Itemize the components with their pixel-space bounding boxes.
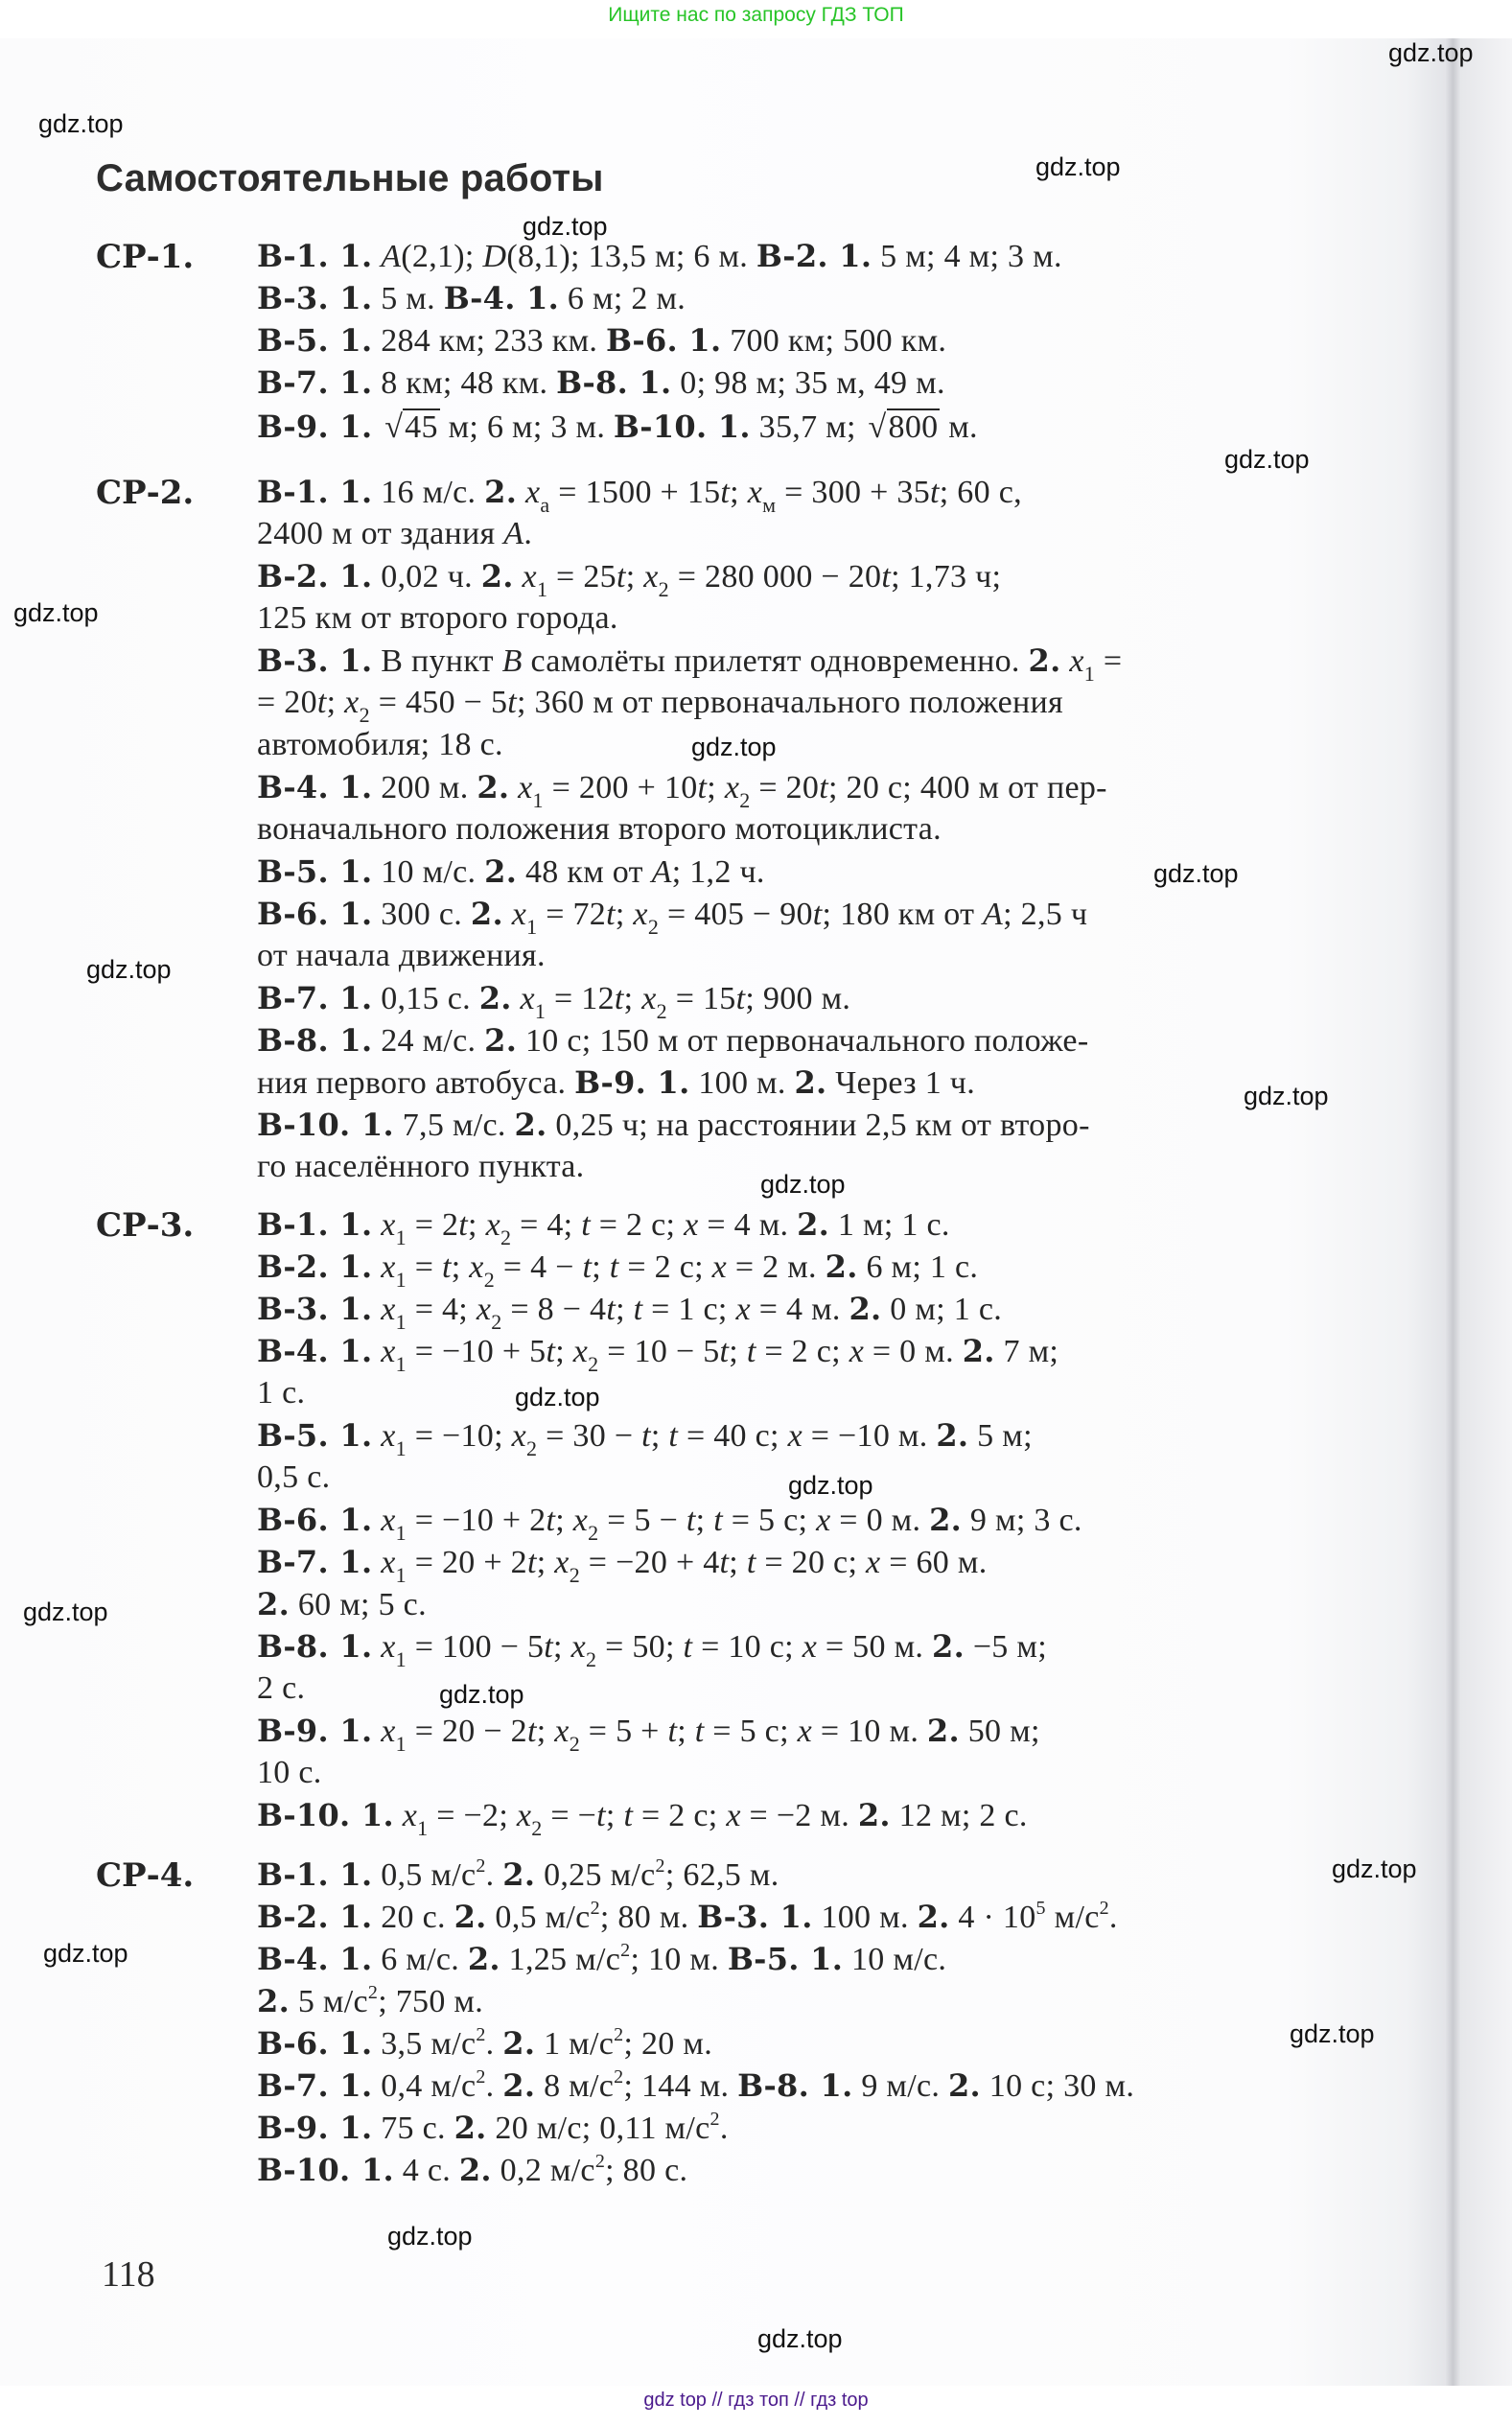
answer-text: = 300 + 35 bbox=[776, 475, 930, 510]
subscript: 1 bbox=[537, 577, 547, 601]
answer-text: = 450 − 5 bbox=[370, 685, 507, 720]
math-variable: x bbox=[477, 1292, 491, 1327]
item-marker: 2. bbox=[479, 980, 512, 1016]
answer-line: В-4. 1. x1 = −10 + 5t; x2 = 10 − 5t; t =… bbox=[257, 1333, 1058, 1370]
watermark-text: gdz.top bbox=[757, 2324, 843, 2354]
answer-text: = 5 + bbox=[580, 1714, 667, 1749]
answer-text: = 2 с; bbox=[633, 1798, 726, 1833]
answer-text: = bbox=[407, 1249, 442, 1285]
answer-text: = 1 с; bbox=[642, 1292, 735, 1327]
math-variable: x bbox=[381, 1503, 395, 1538]
answer-text: 6 м/с. bbox=[372, 1942, 467, 1977]
math-variable: x bbox=[725, 770, 739, 805]
answer-line: В-5. 1. 284 км; 233 км. В-6. 1. 700 км; … bbox=[257, 322, 946, 360]
item-marker: В-10. 1. bbox=[257, 1107, 394, 1143]
answer-text: 0,5 м/с bbox=[487, 1900, 591, 1935]
answer-line: от начала движения. bbox=[257, 938, 546, 974]
answer-text: ; 10 м. bbox=[630, 1942, 727, 1977]
answer-text: = 5 − bbox=[598, 1503, 686, 1538]
answer-text: 60 м; 5 с. bbox=[290, 1587, 427, 1622]
answer-text: 6 м; 1 с. bbox=[858, 1249, 979, 1285]
answer-text: ; bbox=[729, 1545, 747, 1580]
subscript: 1 bbox=[396, 1732, 407, 1756]
math-variable: x bbox=[381, 1292, 395, 1327]
answer-text: = 25 bbox=[547, 559, 616, 595]
answer-text: 1 с. bbox=[257, 1375, 305, 1411]
answer-line: В-9. 1. 75 с. 2. 20 м/с; 0,11 м/с2. bbox=[257, 2110, 729, 2147]
math-variable: A bbox=[652, 854, 672, 890]
answer-text: = −10 м. bbox=[803, 1418, 936, 1454]
math-variable: t bbox=[544, 1629, 553, 1665]
answer-text: ; 360 м от первоначального положения bbox=[517, 685, 1063, 720]
answer-text: ; bbox=[730, 475, 748, 510]
answer-text: ; bbox=[707, 770, 725, 805]
watermark-text: gdz.top bbox=[1035, 152, 1121, 182]
answer-text: = 0 м. bbox=[831, 1503, 930, 1538]
answer-text: 5 м. bbox=[372, 281, 443, 316]
subscript: 2 bbox=[570, 1732, 580, 1756]
item-marker: 2. bbox=[932, 1628, 965, 1665]
answer-text: ; 80 м. bbox=[600, 1900, 697, 1935]
superscript: 2 bbox=[591, 1898, 600, 1919]
item-marker: 2. bbox=[477, 769, 509, 805]
item-marker: В-7. 1. bbox=[257, 980, 372, 1016]
answer-text: = 100 − 5 bbox=[407, 1629, 544, 1665]
math-variable: t bbox=[610, 1249, 619, 1285]
answer-text: ; 20 с; 400 м от пер- bbox=[828, 770, 1107, 805]
answer-text: = 50 м. bbox=[817, 1629, 932, 1665]
item-marker: 2. bbox=[849, 1291, 881, 1327]
item-marker: В-3. 1. bbox=[697, 1899, 812, 1935]
math-variable: A bbox=[381, 239, 401, 274]
item-marker: 2. bbox=[963, 1333, 995, 1369]
answer-text: = 40 с; bbox=[678, 1418, 787, 1454]
item-marker: 2. bbox=[797, 1206, 829, 1243]
answer-text: 16 м/с. bbox=[372, 475, 484, 510]
answer-text: 10 м/с. bbox=[843, 1942, 946, 1977]
answer-text: = −2 м. bbox=[741, 1798, 858, 1833]
answer-text: 100 м. bbox=[690, 1065, 795, 1101]
superscript: 2 bbox=[1100, 1898, 1109, 1919]
watermark-text: gdz.top bbox=[43, 1939, 128, 1969]
math-variable: x bbox=[554, 1714, 569, 1749]
answer-text: В пункт bbox=[372, 643, 501, 679]
answer-text: 700 км; 500 км. bbox=[721, 323, 946, 359]
math-variable: x bbox=[866, 1545, 880, 1580]
answer-line: В-3. 1. x1 = 4; x2 = 8 − 4t; t = 1 с; x … bbox=[257, 1291, 1002, 1328]
subscript: 2 bbox=[531, 1816, 542, 1840]
answer-text bbox=[372, 1418, 381, 1454]
superscript: 5 bbox=[1036, 1898, 1046, 1919]
item-marker: В-2. 1. bbox=[756, 238, 872, 274]
answer-line: В-4. 1. 200 м. 2. x1 = 200 + 10t; x2 = 2… bbox=[257, 769, 1107, 806]
subscript: 1 bbox=[396, 1310, 407, 1334]
superscript: 2 bbox=[476, 2024, 485, 2045]
answer-text: ; bbox=[452, 1249, 470, 1285]
answer-text: 10 с; 30 м. bbox=[981, 2068, 1134, 2104]
subscript: 2 bbox=[484, 1268, 495, 1292]
item-marker: В-5. 1. bbox=[257, 1417, 372, 1454]
math-variable: t bbox=[546, 1334, 555, 1369]
answer-text: ; 62,5 м. bbox=[665, 1857, 779, 1893]
answer-text: 6 м; 2 м. bbox=[559, 281, 686, 316]
item-marker: В-8. 1. bbox=[257, 1628, 372, 1665]
math-variable: t bbox=[581, 1207, 591, 1243]
answer-line: В-1. 1. x1 = 2t; x2 = 4; t = 2 с; x = 4 … bbox=[257, 1206, 950, 1244]
math-variable: t bbox=[606, 1292, 616, 1327]
subscript: 2 bbox=[648, 915, 659, 939]
answer-text: = −10 + 2 bbox=[407, 1503, 547, 1538]
answer-text bbox=[512, 981, 521, 1016]
answer-text: = 5 с; bbox=[705, 1714, 798, 1749]
answer-text: 0,4 м/с bbox=[372, 2068, 476, 2104]
answer-text: = 2 м. bbox=[727, 1249, 826, 1285]
watermark-text: gdz.top bbox=[691, 733, 777, 762]
answer-text: = 5 с; bbox=[723, 1503, 816, 1538]
answer-text bbox=[372, 409, 381, 445]
answer-text: 1,25 м/с bbox=[500, 1942, 620, 1977]
answer-text: = 10 с; bbox=[692, 1629, 802, 1665]
watermark-text: gdz.top bbox=[439, 1680, 524, 1710]
math-variable: t bbox=[695, 1714, 705, 1749]
answer-text: = −2; bbox=[428, 1798, 516, 1833]
math-variable: t bbox=[720, 1334, 730, 1369]
square-root: √45 bbox=[381, 408, 440, 446]
answer-text: 12 м; 2 с. bbox=[891, 1798, 1028, 1833]
subscript: 2 bbox=[659, 577, 669, 601]
answer-text: = 12 bbox=[546, 981, 615, 1016]
answer-text: ; bbox=[677, 1714, 695, 1749]
answer-text: 7,5 м/с. bbox=[394, 1108, 515, 1143]
math-variable: x bbox=[486, 1207, 500, 1243]
watermark-text: gdz.top bbox=[387, 2222, 473, 2251]
subscript: 2 bbox=[360, 703, 370, 727]
item-marker: В-10. 1. bbox=[614, 408, 751, 445]
answer-text: ; bbox=[606, 1798, 624, 1833]
subscript: 2 bbox=[500, 1225, 511, 1249]
answer-text: ; 180 км от bbox=[823, 897, 984, 932]
math-variable: x bbox=[381, 1207, 395, 1243]
answer-text bbox=[372, 1334, 381, 1369]
watermark-text: gdz.top bbox=[1388, 38, 1474, 68]
math-variable: t bbox=[623, 1798, 633, 1833]
answer-line: В-5. 1. x1 = −10; x2 = 30 − t; t = 40 с;… bbox=[257, 1417, 1033, 1455]
answer-text: 50 м; bbox=[960, 1714, 1040, 1749]
answer-text: ; bbox=[553, 1629, 571, 1665]
answer-line: В-1. 1. 0,5 м/с2. 2. 0,25 м/с2; 62,5 м. bbox=[257, 1856, 779, 1894]
answer-text bbox=[372, 1629, 381, 1665]
math-variable: x bbox=[381, 1334, 395, 1369]
math-variable: x bbox=[469, 1249, 483, 1285]
math-variable: A bbox=[983, 897, 1003, 932]
math-variable: x bbox=[518, 770, 532, 805]
answer-text: = 2 с; bbox=[619, 1249, 712, 1285]
item-marker: В-2. 1. bbox=[257, 1248, 372, 1285]
item-marker: В-9. 1. bbox=[574, 1064, 689, 1101]
answer-text: = 20 с; bbox=[756, 1545, 866, 1580]
math-variable: t bbox=[615, 981, 624, 1016]
answer-text: = 1500 + 15 bbox=[549, 475, 720, 510]
answer-text: ; bbox=[592, 1249, 610, 1285]
answer-text bbox=[372, 1292, 381, 1327]
answer-text: −5 м; bbox=[965, 1629, 1047, 1665]
answer-text: 24 м/с. bbox=[372, 1023, 484, 1059]
item-marker: В-9. 1. bbox=[257, 2110, 372, 2146]
item-marker: 2. bbox=[1029, 642, 1061, 679]
answer-text: ; 2,5 ч bbox=[1003, 897, 1087, 932]
answer-text: ; 80 с. bbox=[605, 2153, 687, 2188]
answer-line: В-8. 1. 24 м/с. 2. 10 с; 150 м от первон… bbox=[257, 1022, 1088, 1060]
math-variable: t bbox=[686, 1503, 696, 1538]
item-marker: В-4. 1. bbox=[257, 769, 372, 805]
answer-text: 125 км от второго города. bbox=[257, 600, 618, 636]
math-variable: t bbox=[684, 1629, 693, 1665]
answer-text: ; bbox=[555, 1503, 573, 1538]
answer-text: . bbox=[523, 516, 532, 551]
answer-text: самолёты прилетят одновременно. bbox=[523, 643, 1029, 679]
item-marker: 2. bbox=[454, 1899, 487, 1935]
math-variable: x bbox=[748, 475, 762, 510]
answer-text: 48 км от bbox=[517, 854, 651, 890]
answer-text: ; bbox=[555, 1334, 573, 1369]
answer-text: 0,25 м/с bbox=[535, 1857, 655, 1893]
item-marker: В-6. 1. bbox=[257, 1502, 372, 1538]
answer-text bbox=[509, 770, 518, 805]
answer-text bbox=[503, 897, 512, 932]
answer-line: В-9. 1. √45 м; 6 м; 3 м. В-10. 1. 35,7 м… bbox=[257, 408, 978, 446]
math-variable: x bbox=[403, 1798, 417, 1833]
math-variable: x bbox=[798, 1714, 812, 1749]
answer-text: ; 750 м. bbox=[378, 1984, 483, 2019]
item-marker: В-1. 1. bbox=[257, 474, 372, 510]
answer-text: ; 60 с, bbox=[940, 475, 1022, 510]
math-variable: t bbox=[930, 475, 940, 510]
math-variable: x bbox=[344, 685, 359, 720]
answer-line: 0,5 с. bbox=[257, 1459, 330, 1496]
answer-line: 2 с. bbox=[257, 1670, 305, 1707]
item-marker: В-10. 1. bbox=[257, 2152, 394, 2188]
answer-text: 8 м/с bbox=[535, 2068, 614, 2104]
answer-text: . bbox=[486, 1857, 503, 1893]
answer-line: В-1. 1. A(2,1); D(8,1); 13,5 м; 6 м. В-2… bbox=[257, 238, 1062, 275]
answer-text: ; bbox=[327, 685, 345, 720]
answer-text: . bbox=[486, 2026, 503, 2062]
answer-text: от начала движения. bbox=[257, 938, 546, 973]
answer-text: 300 с. bbox=[372, 897, 471, 932]
math-variable: t bbox=[720, 1545, 730, 1580]
answer-text: = 10 м. bbox=[812, 1714, 927, 1749]
section-label: СР-4. bbox=[96, 1856, 194, 1895]
answer-line: автомобиля; 18 с. bbox=[257, 727, 503, 763]
answer-line: В-8. 1. x1 = 100 − 5t; x2 = 50; t = 10 с… bbox=[257, 1628, 1047, 1666]
item-marker: В-9. 1. bbox=[257, 408, 372, 445]
answer-text: ; bbox=[651, 1418, 669, 1454]
subscript: 2 bbox=[491, 1310, 501, 1334]
item-marker: В-4. 1. bbox=[444, 280, 559, 316]
math-variable: t bbox=[747, 1334, 756, 1369]
watermark-text: gdz.top bbox=[788, 1471, 873, 1501]
answer-line: воначального положения второго мотоцикли… bbox=[257, 811, 942, 848]
item-marker: 2. bbox=[502, 2067, 535, 2104]
math-variable: t bbox=[641, 1418, 651, 1454]
item-marker: В-8. 1. bbox=[556, 364, 671, 401]
item-marker: В-6. 1. bbox=[606, 322, 721, 359]
math-variable: t bbox=[442, 1249, 452, 1285]
answer-text: м; 6 м; 3 м. bbox=[440, 409, 614, 445]
answer-text: 200 м. bbox=[372, 770, 477, 805]
subscript: 2 bbox=[526, 1436, 537, 1460]
math-variable: t bbox=[616, 559, 626, 595]
item-marker: 2. bbox=[918, 1899, 950, 1935]
answer-text: . bbox=[486, 2068, 503, 2104]
answer-text: = 2 bbox=[407, 1207, 458, 1243]
answer-line: 2. 60 м; 5 с. bbox=[257, 1586, 427, 1623]
math-variable: x bbox=[381, 1545, 395, 1580]
math-variable: t bbox=[546, 1503, 555, 1538]
item-marker: В-5. 1. bbox=[257, 322, 372, 359]
math-variable: x bbox=[712, 1249, 727, 1285]
item-marker: 2. bbox=[929, 1502, 962, 1538]
item-marker: 2. bbox=[481, 558, 514, 595]
answer-text: 20 с. bbox=[372, 1900, 454, 1935]
answer-text: 284 км; 233 км. bbox=[372, 323, 606, 359]
answer-line: В-6. 1. x1 = −10 + 2t; x2 = 5 − t; t = 5… bbox=[257, 1502, 1082, 1539]
answer-text: 3,5 м/с bbox=[372, 2026, 476, 2062]
answer-text: ; bbox=[616, 1292, 634, 1327]
subscript: 2 bbox=[570, 1563, 580, 1587]
subscript: 1 bbox=[396, 1563, 407, 1587]
answer-text: 5 м; bbox=[968, 1418, 1032, 1454]
answer-text: = 20 − 2 bbox=[407, 1714, 527, 1749]
answer-text: го населённого пункта. bbox=[257, 1149, 584, 1184]
answer-text: 9 м; 3 с. bbox=[962, 1503, 1082, 1538]
square-root: √800 bbox=[865, 408, 941, 446]
item-marker: В-3. 1. bbox=[257, 280, 372, 316]
answer-text: Через 1 ч. bbox=[826, 1065, 975, 1101]
answer-text: 75 с. bbox=[372, 2111, 454, 2146]
answer-text bbox=[394, 1798, 403, 1833]
answer-line: В-7. 1. 0,15 с. 2. x1 = 12t; x2 = 15t; 9… bbox=[257, 980, 850, 1017]
answer-text: = 280 000 − 20 bbox=[669, 559, 881, 595]
answer-text: = 60 м. bbox=[880, 1545, 987, 1580]
math-variable: t bbox=[606, 897, 616, 932]
math-variable: t bbox=[507, 685, 517, 720]
math-variable: x bbox=[788, 1418, 803, 1454]
math-variable: A bbox=[503, 516, 523, 551]
superscript: 2 bbox=[656, 1855, 665, 1877]
math-variable: x bbox=[726, 1798, 740, 1833]
answer-text: 2400 м от здания bbox=[257, 516, 503, 551]
math-variable: t bbox=[813, 897, 823, 932]
subscript: 2 bbox=[588, 1352, 598, 1376]
item-marker: 2. bbox=[484, 1022, 517, 1059]
math-variable: x bbox=[381, 1418, 395, 1454]
answer-text: = − bbox=[543, 1798, 597, 1833]
section-label: СР-2. bbox=[96, 474, 194, 512]
item-marker: В-10. 1. bbox=[257, 1797, 394, 1833]
answer-text: 10 с; 150 м от первоначального положе- bbox=[517, 1023, 1088, 1059]
answer-text: автомобиля; 18 с. bbox=[257, 727, 503, 762]
math-variable: x bbox=[643, 559, 658, 595]
answer-text: ; 900 м. bbox=[745, 981, 850, 1016]
math-variable: t bbox=[720, 475, 730, 510]
item-marker: 2. bbox=[502, 2025, 535, 2062]
watermark-text: gdz.top bbox=[1153, 859, 1239, 889]
answer-text: = 15 bbox=[667, 981, 736, 1016]
superscript: 2 bbox=[620, 1940, 630, 1961]
item-marker: В-2. 1. bbox=[257, 1899, 372, 1935]
math-variable: D bbox=[482, 239, 506, 274]
math-variable: x bbox=[381, 1629, 395, 1665]
answer-text: 5 м/с bbox=[290, 1984, 368, 2019]
answer-text: ; 20 м. bbox=[623, 2026, 712, 2062]
item-marker: В-9. 1. bbox=[257, 1713, 372, 1749]
math-variable: x bbox=[735, 1292, 750, 1327]
item-marker: 2. bbox=[826, 1248, 858, 1285]
superscript: 2 bbox=[614, 2024, 623, 2045]
math-variable: t bbox=[634, 1292, 643, 1327]
answer-text bbox=[372, 1545, 381, 1580]
item-marker: 2. bbox=[936, 1417, 968, 1454]
section-label: СР-1. bbox=[96, 238, 194, 276]
item-marker: 2. bbox=[948, 2067, 981, 2104]
math-variable: t bbox=[582, 1249, 592, 1285]
math-variable: x bbox=[517, 1798, 531, 1833]
item-marker: В-6. 1. bbox=[257, 896, 372, 932]
answer-text: ; bbox=[468, 1207, 486, 1243]
answer-line: В-2. 1. x1 = t; x2 = 4 − t; t = 2 с; x =… bbox=[257, 1248, 978, 1286]
answer-text: 0,5 с. bbox=[257, 1459, 330, 1495]
answer-text: = 8 − 4 bbox=[502, 1292, 607, 1327]
answer-text: 100 м. bbox=[813, 1900, 918, 1935]
math-variable: x bbox=[571, 1629, 586, 1665]
subscript: 2 bbox=[586, 1647, 596, 1671]
superscript: 2 bbox=[614, 2066, 623, 2088]
math-variable: t bbox=[527, 1545, 537, 1580]
math-variable: t bbox=[819, 770, 828, 805]
answer-text: . bbox=[1109, 1900, 1118, 1935]
answer-text bbox=[372, 1714, 381, 1749]
answer-text: ; 1,73 ч; bbox=[891, 559, 1001, 595]
math-variable: t bbox=[668, 1418, 678, 1454]
answer-line: 125 км от второго города. bbox=[257, 600, 618, 637]
answer-line: ния первого автобуса. В-9. 1. 100 м. 2. … bbox=[257, 1064, 975, 1102]
math-variable: x bbox=[525, 475, 540, 510]
math-variable: t bbox=[747, 1545, 756, 1580]
item-marker: В-5. 1. bbox=[728, 1941, 843, 1977]
subscript: 1 bbox=[533, 788, 544, 812]
item-marker: 2. bbox=[484, 474, 517, 510]
answer-text: 0,02 ч. bbox=[372, 559, 480, 595]
math-variable: x bbox=[512, 897, 526, 932]
radical-sign-icon: √ bbox=[384, 409, 403, 445]
answer-line: В-4. 1. 6 м/с. 2. 1,25 м/с2; 10 м. В-5. … bbox=[257, 1941, 946, 1978]
item-marker: В-1. 1. bbox=[257, 238, 372, 274]
answer-text bbox=[372, 239, 381, 274]
answer-text: ; bbox=[616, 897, 634, 932]
superscript: 2 bbox=[595, 2151, 605, 2172]
subscript: 1 bbox=[526, 915, 537, 939]
subscript: 1 bbox=[396, 1436, 407, 1460]
subscript: 2 bbox=[739, 788, 750, 812]
answer-text: 0,25 ч; на расстоянии 2,5 км от второ- bbox=[547, 1108, 1090, 1143]
answer-line: В-7. 1. 8 км; 48 км. В-8. 1. 0; 98 м; 35… bbox=[257, 364, 945, 402]
math-variable: x bbox=[521, 981, 535, 1016]
item-marker: В-4. 1. bbox=[257, 1333, 372, 1369]
answer-text: ; bbox=[537, 1545, 555, 1580]
answer-line: 1 с. bbox=[257, 1375, 305, 1411]
math-variable: t bbox=[596, 1798, 606, 1833]
